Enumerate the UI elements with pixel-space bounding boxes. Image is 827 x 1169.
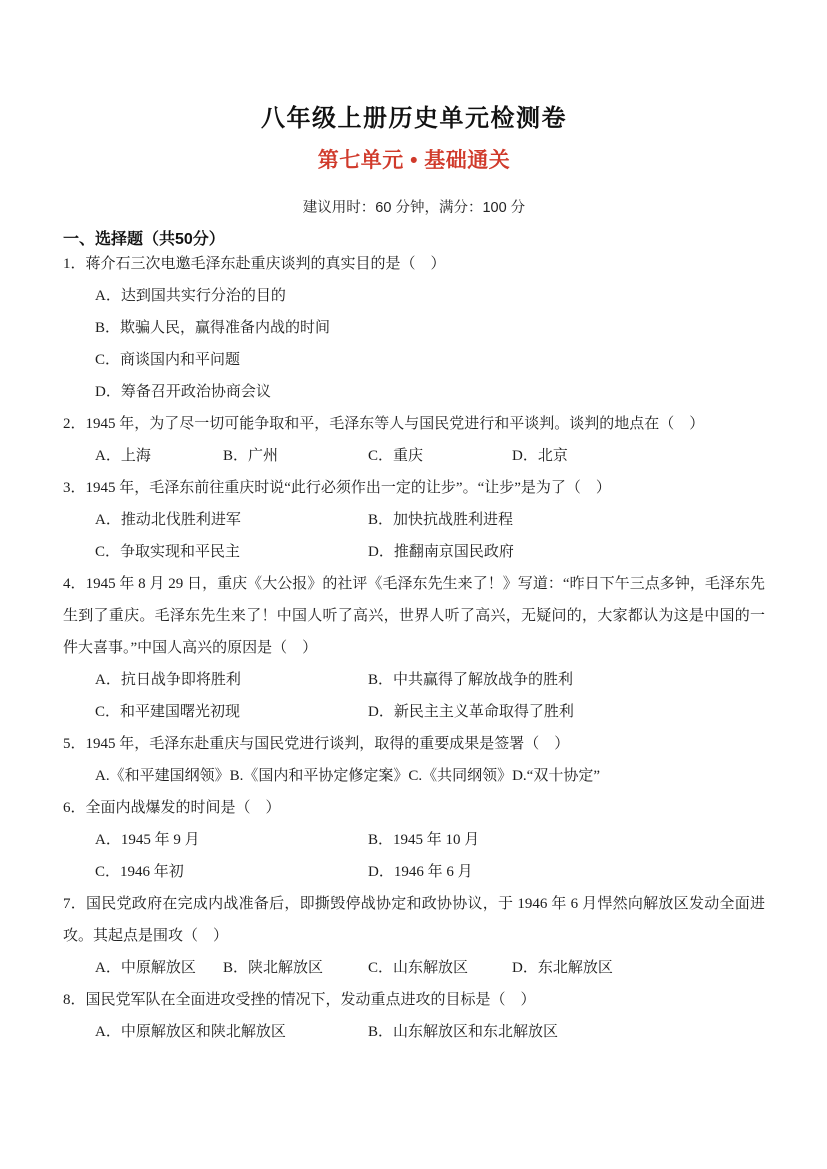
question-2-option-b: B．广州 bbox=[223, 440, 368, 472]
question-3-option-row-2: C．争取实现和平民主 D．推翻南京国民政府 bbox=[63, 536, 765, 568]
question-1-option-b: B．欺骗人民，赢得准备内战的时间 bbox=[95, 312, 330, 344]
question-2: 2．1945 年，为了尽一切可能争取和平，毛泽东等人与国民党进行和平谈判。谈判的… bbox=[63, 408, 765, 472]
question-7-stem: 7．国民党政府在完成内战准备后，即撕毁停战协定和政协协议，于 1946 年 6 … bbox=[63, 888, 765, 952]
question-1-stem: 1．蒋介石三次电邀毛泽东赴重庆谈判的真实目的是（ ） bbox=[63, 248, 765, 280]
question-7-option-b: B．陕北解放区 bbox=[223, 952, 368, 984]
question-7-option-c: C．山东解放区 bbox=[368, 952, 512, 984]
question-5-option-row-1: A.《和平建国纲领》B.《国内和平协定修定案》C.《共同纲领》D.“双十协定” bbox=[63, 760, 765, 792]
question-6-option-b: B．1945 年 10 月 bbox=[368, 824, 479, 856]
question-4-option-a: A．抗日战争即将胜利 bbox=[95, 664, 368, 696]
exam-meta-info: 建议用时：60 分钟，满分：100 分 bbox=[63, 198, 765, 218]
question-6-stem: 6．全面内战爆发的时间是（ ） bbox=[63, 792, 765, 824]
question-3-option-d: D．推翻南京国民政府 bbox=[368, 536, 514, 568]
question-6-option-a: A．1945 年 9 月 bbox=[95, 824, 368, 856]
question-1-option-c: C．商谈国内和平问题 bbox=[95, 344, 240, 376]
question-6-option-row-1: A．1945 年 9 月 B．1945 年 10 月 bbox=[63, 824, 765, 856]
question-1: 1．蒋介石三次电邀毛泽东赴重庆谈判的真实目的是（ ） A．达到国共实行分治的目的… bbox=[63, 248, 765, 408]
question-5-stem: 5．1945 年，毛泽东赴重庆与国民党进行谈判，取得的重要成果是签署（ ） bbox=[63, 728, 765, 760]
question-3-option-b: B．加快抗战胜利进程 bbox=[368, 504, 513, 536]
question-8-stem: 8．国民党军队在全面进攻受挫的情况下，发动重点进攻的目标是（ ） bbox=[63, 984, 765, 1016]
question-5: 5．1945 年，毛泽东赴重庆与国民党进行谈判，取得的重要成果是签署（ ） A.… bbox=[63, 728, 765, 792]
question-3-option-row-1: A．推动北伐胜利进军 B．加快抗战胜利进程 bbox=[63, 504, 765, 536]
question-1-option-d: D．筹备召开政治协商会议 bbox=[95, 376, 271, 408]
question-3: 3．1945 年，毛泽东前往重庆时说“此行必须作出一定的让步”。“让步”是为了（… bbox=[63, 472, 765, 568]
question-1-option-row-2: B．欺骗人民，赢得准备内战的时间 bbox=[63, 312, 765, 344]
question-list: 1．蒋介石三次电邀毛泽东赴重庆谈判的真实目的是（ ） A．达到国共实行分治的目的… bbox=[63, 248, 765, 1048]
question-1-option-row-1: A．达到国共实行分治的目的 bbox=[63, 280, 765, 312]
question-4-option-b: B．中共赢得了解放战争的胜利 bbox=[368, 664, 573, 696]
document-subtitle: 第七单元 • 基础通关 bbox=[63, 146, 765, 176]
question-6-option-c: C．1946 年初 bbox=[95, 856, 368, 888]
question-4-option-c: C．和平建国曙光初现 bbox=[95, 696, 368, 728]
question-7-option-a: A．中原解放区 bbox=[95, 952, 223, 984]
question-3-option-c: C．争取实现和平民主 bbox=[95, 536, 368, 568]
question-7-option-row-1: A．中原解放区 B．陕北解放区 C．山东解放区 D．东北解放区 bbox=[63, 952, 765, 984]
question-6-option-row-2: C．1946 年初 D．1946 年 6 月 bbox=[63, 856, 765, 888]
question-4: 4．1945 年 8 月 29 日，重庆《大公报》的社评《毛泽东先生来了！》写道… bbox=[63, 568, 765, 728]
question-1-option-row-4: D．筹备召开政治协商会议 bbox=[63, 376, 765, 408]
question-4-stem: 4．1945 年 8 月 29 日，重庆《大公报》的社评《毛泽东先生来了！》写道… bbox=[63, 568, 765, 664]
question-2-option-d: D．北京 bbox=[512, 440, 568, 472]
question-2-option-row-1: A．上海 B．广州 C．重庆 D．北京 bbox=[63, 440, 765, 472]
question-4-option-row-1: A．抗日战争即将胜利 B．中共赢得了解放战争的胜利 bbox=[63, 664, 765, 696]
question-8-option-row-1: A．中原解放区和陕北解放区 B．山东解放区和东北解放区 bbox=[63, 1016, 765, 1048]
question-2-option-c: C．重庆 bbox=[368, 440, 512, 472]
question-8-option-a: A．中原解放区和陕北解放区 bbox=[95, 1016, 368, 1048]
question-4-option-row-2: C．和平建国曙光初现 D．新民主主义革命取得了胜利 bbox=[63, 696, 765, 728]
question-3-option-a: A．推动北伐胜利进军 bbox=[95, 504, 368, 536]
question-6-option-d: D．1946 年 6 月 bbox=[368, 856, 473, 888]
question-2-stem: 2．1945 年，为了尽一切可能争取和平，毛泽东等人与国民党进行和平谈判。谈判的… bbox=[63, 408, 765, 440]
question-3-stem: 3．1945 年，毛泽东前往重庆时说“此行必须作出一定的让步”。“让步”是为了（… bbox=[63, 472, 765, 504]
question-7-option-d: D．东北解放区 bbox=[512, 952, 613, 984]
document-title: 八年级上册历史单元检测卷 bbox=[63, 102, 765, 136]
exam-document-page: 八年级上册历史单元检测卷 第七单元 • 基础通关 建议用时：60 分钟，满分：1… bbox=[0, 0, 827, 1169]
question-1-option-row-3: C．商谈国内和平问题 bbox=[63, 344, 765, 376]
question-5-options-inline: A.《和平建国纲领》B.《国内和平协定修定案》C.《共同纲领》D.“双十协定” bbox=[95, 760, 600, 792]
question-2-option-a: A．上海 bbox=[95, 440, 223, 472]
question-8: 8．国民党军队在全面进攻受挫的情况下，发动重点进攻的目标是（ ） A．中原解放区… bbox=[63, 984, 765, 1048]
question-8-option-b: B．山东解放区和东北解放区 bbox=[368, 1016, 558, 1048]
question-6: 6．全面内战爆发的时间是（ ） A．1945 年 9 月 B．1945 年 10… bbox=[63, 792, 765, 888]
question-7: 7．国民党政府在完成内战准备后，即撕毁停战协定和政协协议，于 1946 年 6 … bbox=[63, 888, 765, 984]
question-1-option-a: A．达到国共实行分治的目的 bbox=[95, 280, 286, 312]
question-4-option-d: D．新民主主义革命取得了胜利 bbox=[368, 696, 574, 728]
